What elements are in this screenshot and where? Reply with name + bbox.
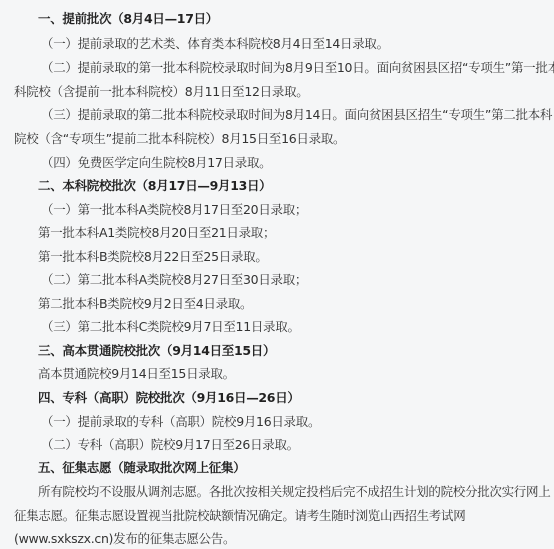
- paragraph-line: 院校（含“专项生”提前二批本科院校）8月15日至16日录取。: [14, 131, 345, 147]
- section-heading: 三、高本贯通院校批次（9月14日至15日）: [38, 343, 275, 359]
- paragraph-line: (www.sxkszx.cn)发布的征集志愿公告。: [14, 531, 235, 547]
- paragraph-line: （四）免费医学定向生院校8月17日录取。: [41, 155, 271, 171]
- section-heading: 一、提前批次（8月4日—17日）: [38, 11, 218, 27]
- paragraph-line: （二）专科（高职）院校9月17日至26日录取。: [41, 437, 299, 453]
- paragraph-line: 所有院校均不设服从调剂志愿。各批次按相关规定投档后完不成招生计划的院校分批次实行…: [38, 484, 550, 500]
- paragraph-line: （一）第一批本科A类院校8月17日至20日录取；: [41, 202, 307, 218]
- paragraph-line: （三）提前录取的第二批本科院校录取时间为8月14日。面向贫困县区招生“专项生”第…: [41, 107, 552, 123]
- paragraph-line: （三）第二批本科C类院校9月7日至11日录取。: [41, 319, 300, 335]
- paragraph-line: （二）提前录取的第一批本科院校录取时间为8月9日至10日。面向贫困县区招“专项生…: [41, 60, 554, 76]
- paragraph-line: 征集志愿。征集志愿设置视当批院校缺额情况确定。请考生随时浏览山西招生考试网: [14, 508, 465, 524]
- section-heading: 二、本科院校批次（8月17日—9月13日）: [38, 178, 271, 194]
- paragraph-line: 高本贯通院校9月14日至15日录取。: [38, 366, 235, 382]
- paragraph-line: 第二批本科B类院校9月2日至4日录取。: [38, 296, 252, 312]
- paragraph-line: 第一批本科A1类院校8月20日至21日录取；: [38, 225, 275, 241]
- paragraph-line: （一）提前录取的专科（高职）院校9月16日录取。: [41, 414, 320, 430]
- paragraph-line: （一）提前录取的艺术类、体育类本科院校8月4日至14日录取。: [41, 36, 389, 52]
- section-heading: 五、征集志愿（随录取批次网上征集）: [38, 460, 245, 476]
- paragraph-line: 科院校（含提前一批本科院校）8月11日至12日录取。: [14, 84, 308, 100]
- section-heading: 四、专科（高职）院校批次（9月16日—26日）: [38, 390, 300, 406]
- paragraph-line: （二）第二批本科A类院校8月27日至30日录取；: [41, 272, 307, 288]
- paragraph-line: 第一批本科B类院校8月22日至25日录取。: [38, 249, 268, 265]
- admission-schedule-document: 一、提前批次（8月4日—17日）（一）提前录取的艺术类、体育类本科院校8月4日至…: [0, 0, 554, 549]
